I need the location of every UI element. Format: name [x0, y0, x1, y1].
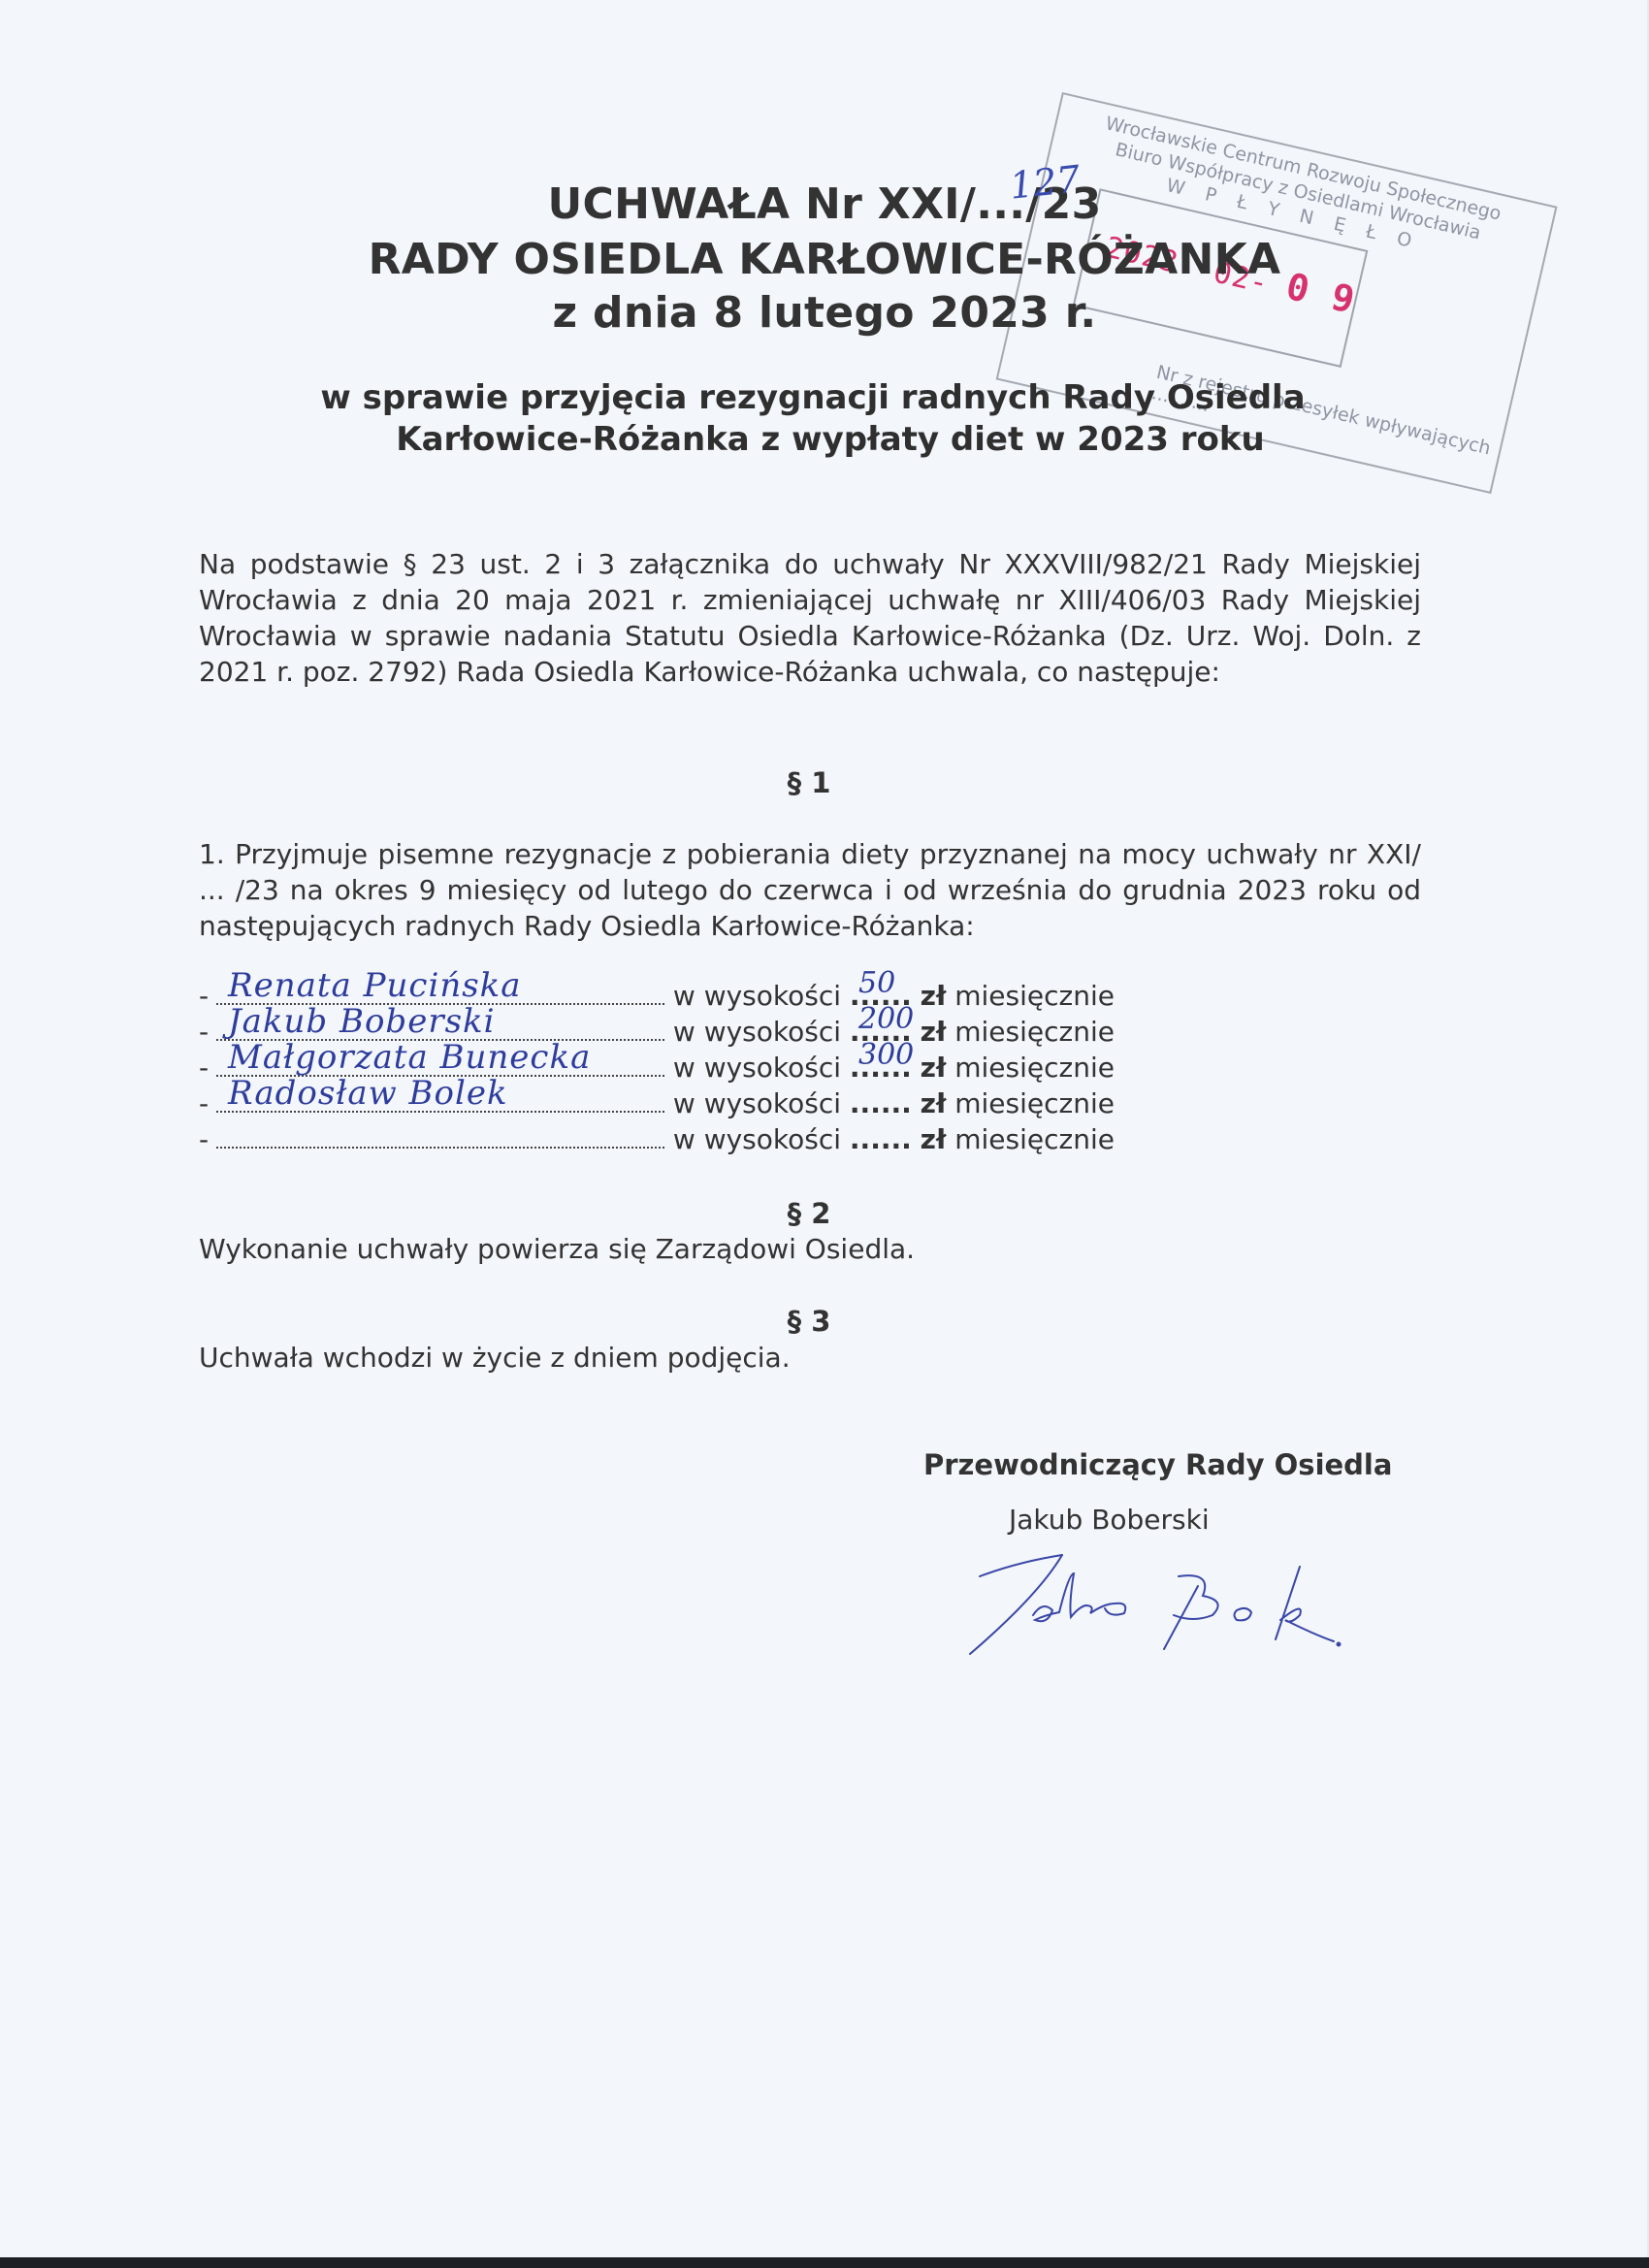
row-dash: - — [199, 1052, 216, 1084]
name-field — [216, 1125, 664, 1149]
handwritten-councillor-name: Radosław Bolek — [228, 1074, 508, 1113]
period: miesięcznie — [954, 980, 1115, 1012]
council-name: RADY OSIEDLA KARŁOWICE-RÓŻANKA — [0, 235, 1649, 284]
scanner-edge — [0, 2257, 1649, 2268]
handwritten-councillor-name: Małgorzata Bunecka — [228, 1038, 591, 1077]
handwritten-amount: 50 — [858, 966, 895, 1000]
currency: zł — [921, 1016, 947, 1048]
amount-label: w wysokości — [673, 1052, 841, 1084]
currency: zł — [921, 1087, 947, 1119]
councillor-row: - w wysokości ...... zł miesięcznie — [199, 1123, 1115, 1159]
signer-name: Jakub Boberski — [1009, 1504, 1210, 1536]
section-1-heading: § 1 — [0, 766, 1633, 799]
scanned-page: Wrocławskie Centrum Rozwoju Społecznego … — [0, 0, 1649, 2257]
section-2-text: Wykonanie uchwały powierza się Zarządowi… — [199, 1233, 915, 1265]
period: miesięcznie — [954, 1123, 1115, 1155]
row-dash: - — [199, 1016, 216, 1048]
period: miesięcznie — [954, 1087, 1115, 1119]
row-dash: - — [199, 980, 216, 1012]
amount-label: w wysokości — [673, 1123, 841, 1155]
amount-label: w wysokości — [673, 1087, 841, 1119]
resolution-date: z dnia 8 lutego 2023 r. — [0, 288, 1649, 338]
currency: zł — [921, 1052, 947, 1084]
row-dash: - — [199, 1123, 216, 1155]
resolution-number-prefix: UCHWAŁA Nr XXI/ — [548, 179, 977, 229]
preamble: Na podstawie § 23 ust. 2 i 3 załącznika … — [199, 546, 1421, 690]
handwritten-signature — [960, 1547, 1387, 1664]
amount-label: w wysokości — [673, 980, 841, 1012]
councillor-row: -Radosław Bolek w wysokości ...... zł mi… — [199, 1087, 1115, 1123]
period: miesięcznie — [954, 1016, 1115, 1048]
handwritten-councillor-name: Renata Pucińska — [228, 966, 522, 1005]
handwritten-amount: 300 — [858, 1038, 914, 1072]
currency: zł — [921, 980, 947, 1012]
signer-role: Przewodniczący Rady Osiedla — [923, 1448, 1392, 1481]
amount-field: ...... — [850, 1123, 912, 1155]
amount-label: w wysokości — [673, 1016, 841, 1048]
handwritten-amount: 200 — [858, 1002, 914, 1036]
section-3-text: Uchwała wchodzi w życie z dniem podjęcia… — [199, 1342, 791, 1374]
resolution-number: UCHWAŁA Nr XXI/.../23 — [0, 179, 1649, 229]
amount-field: ...... — [850, 1087, 912, 1119]
currency: zł — [921, 1123, 947, 1155]
period: miesięcznie — [954, 1052, 1115, 1084]
councillor-list: -Renata Pucińska w wysokości ......50 zł… — [199, 980, 1115, 1159]
section-1-text: 1. Przyjmuje pisemne rezygnacje z pobier… — [199, 836, 1421, 944]
row-dash: - — [199, 1087, 216, 1119]
handwritten-councillor-name: Jakub Boberski — [228, 1002, 496, 1041]
subject-line-2: Karłowice-Różanka z wypłaty diet w 2023 … — [6, 420, 1649, 459]
subject-line-1: w sprawie przyjęcia rezygnacji radnych R… — [0, 378, 1637, 417]
handwritten-resolution-number: 127 — [1008, 157, 1083, 207]
section-3-heading: § 3 — [0, 1305, 1633, 1338]
section-2-heading: § 2 — [0, 1197, 1633, 1230]
